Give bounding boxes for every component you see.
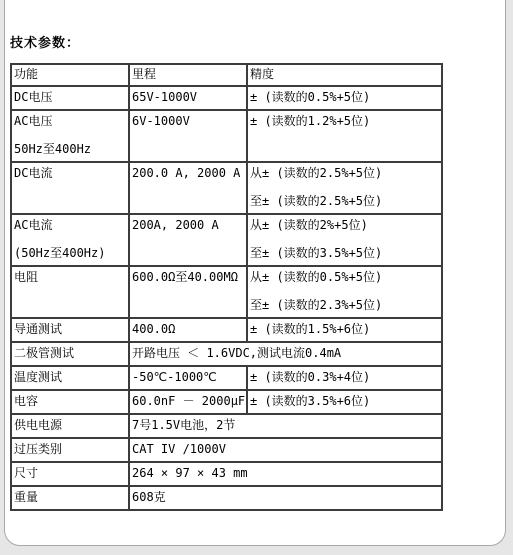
- spec-name-cell: 供电电源: [11, 414, 129, 438]
- cell-text: 尺寸: [14, 466, 127, 481]
- column-header: 精度: [247, 64, 442, 86]
- cell-text: 从± (读数的0.5%+5位): [250, 270, 440, 285]
- section-title: 技术参数：: [10, 32, 505, 51]
- spec-name-cell: 过压类别: [11, 438, 129, 462]
- cell-text: 200A, 2000 A: [132, 218, 245, 233]
- cell-text: 温度测试: [14, 370, 127, 385]
- spec-name-cell: 重量: [11, 486, 129, 510]
- cell-text: 从± (读数的2.5%+5位): [250, 166, 440, 181]
- table-row: 导通测试400.0Ω± (读数的1.5%+6位): [11, 318, 442, 342]
- cell-text: 从± (读数的2%+5位): [250, 218, 440, 233]
- spec-value-cell: ± (读数的1.2%+5位): [247, 110, 442, 162]
- cell-text: 导通测试: [14, 322, 127, 337]
- cell-text: ± (读数的1.2%+5位): [250, 114, 440, 129]
- cell-text: (50Hz至400Hz): [14, 246, 127, 261]
- spec-value-cell: 608克: [129, 486, 442, 510]
- cell-text: AC电压: [14, 114, 127, 129]
- cell-text: 608克: [132, 490, 440, 505]
- table-row: 尺寸264 × 97 × 43 mm: [11, 462, 442, 486]
- spec-value-cell: 65V-1000V: [129, 86, 247, 110]
- cell-text: 400.0Ω: [132, 322, 245, 337]
- cell-text: 6V-1000V: [132, 114, 245, 129]
- spec-value-cell: 200A, 2000 A: [129, 214, 247, 266]
- table-row: DC电流200.0 A, 2000 A从± (读数的2.5%+5位)至± (读数…: [11, 162, 442, 214]
- spec-value-cell: ± (读数的3.5%+6位): [247, 390, 442, 414]
- spec-name-cell: AC电压50Hz至400Hz: [11, 110, 129, 162]
- cell-text: 7号1.5V电池，2节: [132, 418, 440, 433]
- cell-text: 65V-1000V: [132, 90, 245, 105]
- table-row: AC电流(50Hz至400Hz)200A, 2000 A从± (读数的2%+5位…: [11, 214, 442, 266]
- spec-name-cell: 温度测试: [11, 366, 129, 390]
- cell-text: CAT IV /1000V: [132, 442, 440, 457]
- spec-value-cell: 从± (读数的2.5%+5位)至± (读数的2.5%+5位): [247, 162, 442, 214]
- table-row: 温度测试-50℃-1000℃± (读数的0.3%+4位): [11, 366, 442, 390]
- table-row: 过压类别CAT IV /1000V: [11, 438, 442, 462]
- table-row: 供电电源7号1.5V电池，2节: [11, 414, 442, 438]
- cell-text: 200.0 A, 2000 A: [132, 166, 245, 181]
- spec-value-cell: 60.0nF － 2000μF: [129, 390, 247, 414]
- spec-name-cell: 电阻: [11, 266, 129, 318]
- cell-text: DC电压: [14, 90, 127, 105]
- spec-value-cell: 6V-1000V: [129, 110, 247, 162]
- spec-value-cell: ± (读数的0.5%+5位): [247, 86, 442, 110]
- cell-text: 电阻: [14, 270, 127, 285]
- spec-value-cell: CAT IV /1000V: [129, 438, 442, 462]
- cell-text: 二极管测试: [14, 346, 127, 361]
- spec-value-cell: 从± (读数的2%+5位)至± (读数的3.5%+5位): [247, 214, 442, 266]
- table-row: DC电压65V-1000V± (读数的0.5%+5位): [11, 86, 442, 110]
- cell-text: 至± (读数的2.5%+5位): [250, 194, 440, 209]
- column-header: 里程: [129, 64, 247, 86]
- table-row: 重量608克: [11, 486, 442, 510]
- cell-text: 264 × 97 × 43 mm: [132, 466, 440, 481]
- content-panel: 技术参数： 功能里程精度 DC电压65V-1000V± (读数的0.5%+5位)…: [4, 0, 506, 546]
- spec-name-cell: 电容: [11, 390, 129, 414]
- cell-text: 重量: [14, 490, 127, 505]
- table-row: 二极管测试开路电压 ＜ 1.6VDC,测试电流0.4mA: [11, 342, 442, 366]
- panel-inner: 技术参数： 功能里程精度 DC电压65V-1000V± (读数的0.5%+5位)…: [5, 0, 505, 511]
- spec-name-cell: 导通测试: [11, 318, 129, 342]
- cell-text: AC电流: [14, 218, 127, 233]
- cell-text: 电容: [14, 394, 127, 409]
- cell-text: ± (读数的3.5%+6位): [250, 394, 440, 409]
- cell-text: 至± (读数的3.5%+5位): [250, 246, 440, 261]
- table-header-row: 功能里程精度: [11, 64, 442, 86]
- spec-value-cell: 400.0Ω: [129, 318, 247, 342]
- cell-text: ± (读数的1.5%+6位): [250, 322, 440, 337]
- cell-text: 至± (读数的2.3%+5位): [250, 298, 440, 313]
- spec-value-cell: 从± (读数的0.5%+5位)至± (读数的2.3%+5位): [247, 266, 442, 318]
- cell-text: -50℃-1000℃: [132, 370, 245, 385]
- spec-value-cell: 600.0Ω至40.00MΩ: [129, 266, 247, 318]
- table-row: 电容60.0nF － 2000μF± (读数的3.5%+6位): [11, 390, 442, 414]
- spec-value-cell: 7号1.5V电池，2节: [129, 414, 442, 438]
- spec-name-cell: 二极管测试: [11, 342, 129, 366]
- cell-text: 开路电压 ＜ 1.6VDC,测试电流0.4mA: [132, 346, 440, 361]
- table-row: AC电压50Hz至400Hz6V-1000V± (读数的1.2%+5位): [11, 110, 442, 162]
- spec-value-cell: -50℃-1000℃: [129, 366, 247, 390]
- cell-text: DC电流: [14, 166, 127, 181]
- spec-name-cell: AC电流(50Hz至400Hz): [11, 214, 129, 266]
- spec-name-cell: DC电流: [11, 162, 129, 214]
- cell-text: ± (读数的0.3%+4位): [250, 370, 440, 385]
- cell-text: 过压类别: [14, 442, 127, 457]
- cell-text: 60.0nF － 2000μF: [132, 394, 245, 409]
- cell-text: 供电电源: [14, 418, 127, 433]
- spec-name-cell: DC电压: [11, 86, 129, 110]
- spec-value-cell: 200.0 A, 2000 A: [129, 162, 247, 214]
- cell-text: 50Hz至400Hz: [14, 142, 127, 157]
- spec-value-cell: ± (读数的0.3%+4位): [247, 366, 442, 390]
- cell-text: 600.0Ω至40.00MΩ: [132, 270, 245, 285]
- column-header: 功能: [11, 64, 129, 86]
- spec-value-cell: 264 × 97 × 43 mm: [129, 462, 442, 486]
- spec-value-cell: ± (读数的1.5%+6位): [247, 318, 442, 342]
- spec-value-cell: 开路电压 ＜ 1.6VDC,测试电流0.4mA: [129, 342, 442, 366]
- specs-table: 功能里程精度 DC电压65V-1000V± (读数的0.5%+5位)AC电压50…: [10, 63, 443, 511]
- table-row: 电阻600.0Ω至40.00MΩ从± (读数的0.5%+5位)至± (读数的2.…: [11, 266, 442, 318]
- spec-name-cell: 尺寸: [11, 462, 129, 486]
- cell-text: ± (读数的0.5%+5位): [250, 90, 440, 105]
